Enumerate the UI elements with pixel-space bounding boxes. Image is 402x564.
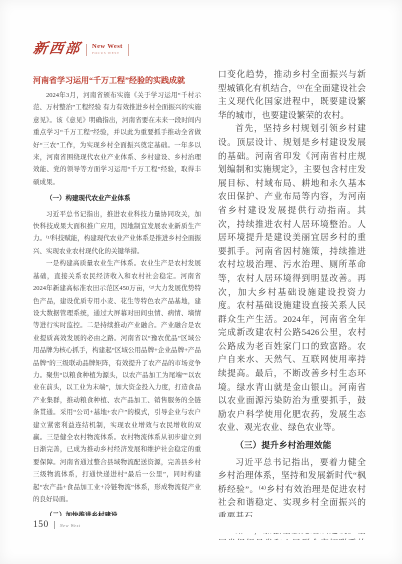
- paragraph: 首先，坚持乡村规划引领乡村建设。顶层设计、规划是乡村建设发展的基础。河南省印发《…: [218, 122, 366, 435]
- section-heading-1: （一）构建现代农业产业体系: [33, 193, 201, 205]
- journal-logo-english-block: New West FOCUS WEST: [92, 44, 123, 56]
- left-column: 2024年3月，河南省颁布实施《关于学习运用“千村示范、万村整治”工程经验 有力…: [33, 90, 201, 516]
- paragraph: 习近平总书记指出，要着力健全乡村治理体系，坚持和发展新时代“枫桥经验”。⁽⁴⁾乡…: [218, 456, 366, 524]
- logo-divider-right: [128, 44, 129, 56]
- footer-journal-name: New West: [60, 523, 81, 528]
- page-number: 150: [33, 520, 49, 530]
- section-heading-2: （二）加快推进乡村建设: [33, 510, 201, 516]
- masthead: 新西部 New West FOCUS WEST: [33, 40, 129, 60]
- article-title: 河南省学习运用“千万工程”经验的实践成就: [33, 76, 205, 86]
- paragraph-intro: 2024年3月，河南省颁布实施《关于学习运用“千村示范、万村整治”工程经验 有力…: [33, 90, 201, 189]
- paragraph: 习近平总书记指出，推进农业科技力量协同攻关，加快科技成果大面积推广应用，因地制宜…: [33, 209, 201, 259]
- journal-page: 新西部 New West FOCUS WEST 河南省学习运用“千万工程”经验的…: [0, 0, 402, 564]
- page-footer: 150 New West: [33, 517, 393, 533]
- journal-logo-chinese: 新西部: [32, 43, 82, 57]
- footer-divider: [54, 521, 55, 529]
- paragraph: 一是构建高质量农业生产体系。农业生产是农村发展基础，直接关系农民经济收入和农村社…: [33, 258, 201, 506]
- right-column: 口变化趋势，推动乡村全面振兴与新型城镇化有机结合，⁽³⁾在全面建设社会主义现代化…: [218, 68, 366, 540]
- logo-divider: [86, 44, 87, 56]
- paragraph-continuation: 口变化趋势，推动乡村全面振兴与新型城镇化有机结合，⁽³⁾在全面建设社会主义现代化…: [218, 68, 366, 122]
- journal-logo-tagline: FOCUS WEST: [92, 52, 123, 56]
- journal-logo-english: New West: [92, 44, 123, 51]
- section-heading-3: （三）提升乡村治理效能: [218, 439, 366, 453]
